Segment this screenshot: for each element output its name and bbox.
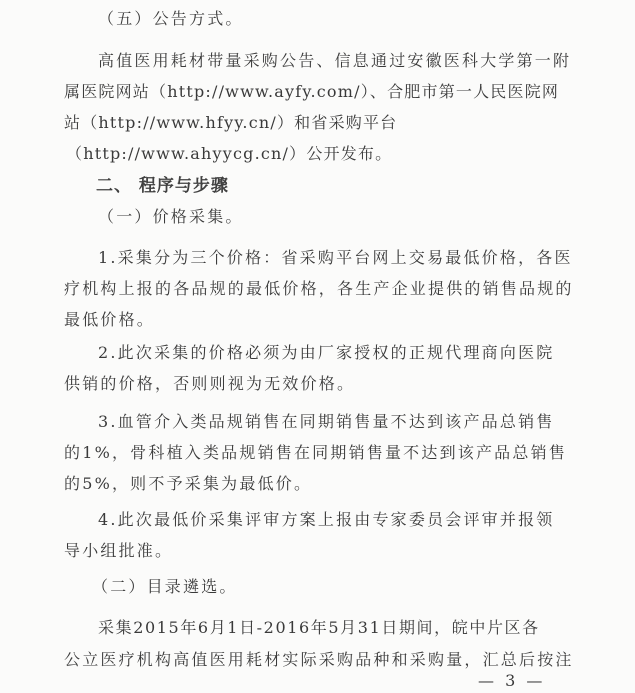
paragraph-line: 高值医用耗材带量采购公告、信息通过安徽医科大学第一附 xyxy=(98,51,571,71)
document-page: （五）公告方式。 高值医用耗材带量采购公告、信息通过安徽医科大学第一附 属医院网… xyxy=(0,0,635,693)
subsection-title-catalog-selection: （二）目录遴选。 xyxy=(92,577,238,597)
paragraph-line: 公立医疗机构高值医用耗材实际采购品种和采购量，汇总后按注 xyxy=(64,650,574,670)
paragraph-line: （http://www.ahyycg.cn/）公开发布。 xyxy=(66,144,392,164)
list-item-1-line: 最低价格。 xyxy=(64,310,155,330)
list-item-2-line: 供销的价格，否则则视为无效价格。 xyxy=(64,374,355,394)
paragraph-line: 采集2015年6月1日-2016年5月31日期间，皖中片区各 xyxy=(98,618,540,638)
list-item-4-line: 4.此次最低价采集评审方案上报由专家委员会评审并报领 xyxy=(98,510,554,530)
list-item-4-line: 导小组批准。 xyxy=(64,541,173,561)
paragraph-line: 站（http://www.hfyy.cn/）和省采购平台 xyxy=(64,113,397,133)
list-item-3-line: 3.血管介入类品规销售在同期销售量不达到该产品总销售 xyxy=(98,412,554,432)
paragraph-line: 属医院网站（http://www.ayfy.com/）、合肥市第一人民医院网 xyxy=(64,82,559,102)
list-item-1-line: 疗机构上报的各品规的最低价格，各生产企业提供的销售品规的 xyxy=(64,279,574,299)
list-item-3-line: 的5%，则不予采集为最低价。 xyxy=(64,474,312,494)
page-number: — 3 — xyxy=(478,671,545,690)
subsection-title-price-collection: （一）价格采集。 xyxy=(98,207,244,227)
section-heading-procedures: 二、 程序与步骤 xyxy=(96,176,229,196)
list-item-3-line: 的1%，骨科植入类品规销售在同期销售量不达到该产品总销售 xyxy=(64,443,567,463)
list-item-2-line: 2.此次采集的价格必须为由厂家授权的正规代理商向医院 xyxy=(98,343,554,363)
section-title-announcement: （五）公告方式。 xyxy=(98,9,244,29)
list-item-1-line: 1.采集分为三个价格：省采购平台网上交易最低价格，各医 xyxy=(98,248,573,268)
